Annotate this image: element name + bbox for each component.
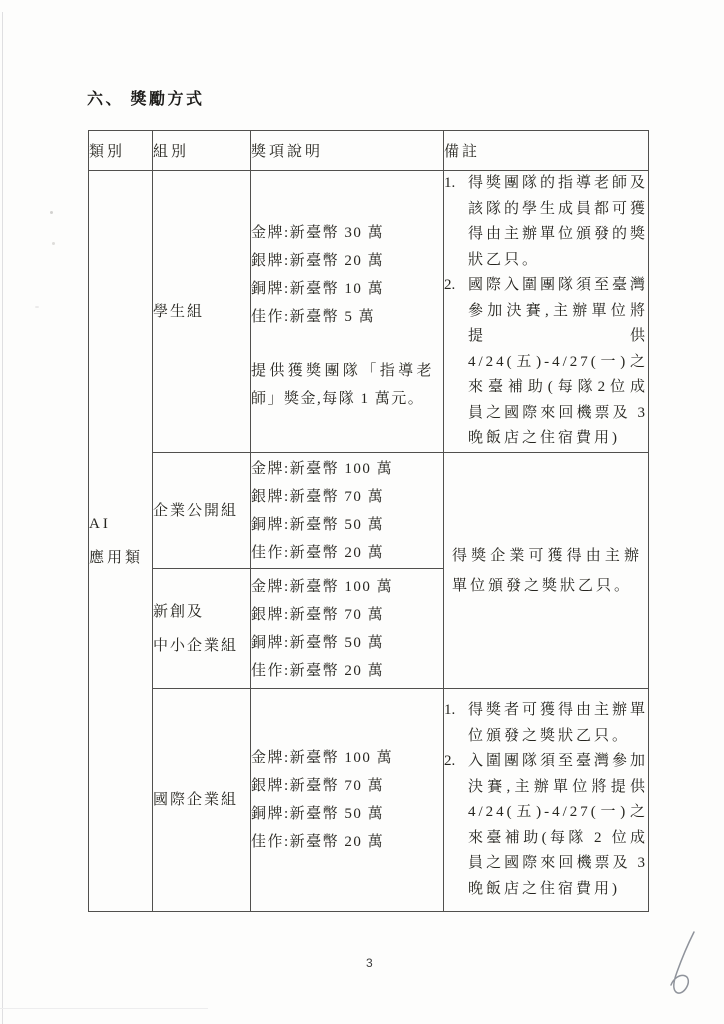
group-cell-student: 學生組 xyxy=(153,171,251,453)
table-header-row: 類別 組別 獎項說明 備註 xyxy=(89,131,649,171)
category-line2: 應用類 xyxy=(89,541,152,575)
remark-item: 2. 入圍團隊須至臺灣參加決賽,主辦單位將提供 4/24(五)-4/27(一)之… xyxy=(444,749,648,902)
remark-number: 2. xyxy=(444,749,468,775)
award-list-startup-sme: 金牌:新臺幣 100 萬 銀牌:新臺幣 70 萬 銅牌:新臺幣 50 萬 佳作:… xyxy=(251,573,443,685)
group-cell-startup-sme: 新創及 中小企業組 xyxy=(153,569,251,689)
scanned-document-page: 六、 獎勵方式 類別 組別 獎項說明 備註 AI 應用類 學生組 金 xyxy=(0,0,724,1024)
scan-edge-line xyxy=(2,12,3,1024)
page-number: 3 xyxy=(366,956,373,970)
award-cell-enterprise-open: 金牌:新臺幣 100 萬 銀牌:新臺幣 70 萬 銅牌:新臺幣 50 萬 佳作:… xyxy=(251,453,444,569)
award-cell-startup-sme: 金牌:新臺幣 100 萬 銀牌:新臺幣 70 萬 銅牌:新臺幣 50 萬 佳作:… xyxy=(251,569,444,689)
remark-text: 得獎企業可獲得由主辦單位頒發之獎狀乙只。 xyxy=(452,541,642,601)
header-award: 獎項說明 xyxy=(251,131,444,171)
award-cell-international: 金牌:新臺幣 100 萬 銀牌:新臺幣 70 萬 銅牌:新臺幣 50 萬 佳作:… xyxy=(251,689,444,912)
awards-table: 類別 組別 獎項說明 備註 AI 應用類 學生組 金牌:新臺幣 30 萬 銀牌:… xyxy=(88,130,649,912)
row-enterprise-open: 企業公開組 金牌:新臺幣 100 萬 銀牌:新臺幣 70 萬 銅牌:新臺幣 50… xyxy=(89,453,649,569)
row-student: AI 應用類 學生組 金牌:新臺幣 30 萬 銀牌:新臺幣 20 萬 銅牌:新臺… xyxy=(89,171,649,453)
header-remark: 備註 xyxy=(444,131,649,171)
remark-item: 1. 得獎者可獲得由主辦單位頒發之獎狀乙只。 xyxy=(444,698,648,749)
scan-bottom-artifact xyxy=(0,1008,208,1009)
group-cell-international: 國際企業組 xyxy=(153,689,251,912)
paper-speck xyxy=(35,306,39,308)
remark-number: 1. xyxy=(444,171,468,197)
remark-item: 1. 得獎團隊的指導老師及該隊的學生成員都可獲得由主辦單位頒發的獎狀乙只。 xyxy=(444,171,648,273)
remark-number: 2. xyxy=(444,273,468,299)
remark-cell-student: 1. 得獎團隊的指導老師及該隊的學生成員都可獲得由主辦單位頒發的獎狀乙只。 2.… xyxy=(444,171,649,453)
remark-number: 1. xyxy=(444,698,468,724)
remark-text: 得獎者可獲得由主辦單位頒發之獎狀乙只。 xyxy=(468,698,648,749)
header-group: 組別 xyxy=(153,131,251,171)
paper-speck xyxy=(50,211,53,214)
award-extra-student: 提供獲獎團隊「指導老師」獎金,每隊 1 萬元。 xyxy=(251,357,443,413)
remark-text: 得獎團隊的指導老師及該隊的學生成員都可獲得由主辦單位頒發的獎狀乙只。 xyxy=(468,171,648,273)
handwritten-mark xyxy=(658,928,704,1008)
award-cell-student: 金牌:新臺幣 30 萬 銀牌:新臺幣 20 萬 銅牌:新臺幣 10 萬 佳作:新… xyxy=(251,171,444,453)
category-cell: AI 應用類 xyxy=(89,171,153,912)
row-international: 國際企業組 金牌:新臺幣 100 萬 銀牌:新臺幣 70 萬 銅牌:新臺幣 50… xyxy=(89,689,649,912)
paper-speck xyxy=(52,242,55,245)
section-title: 六、 獎勵方式 xyxy=(87,86,205,109)
category-line1: AI xyxy=(89,507,152,541)
remark-text: 入圍團隊須至臺灣參加決賽,主辦單位將提供 4/24(五)-4/27(一)之來臺補… xyxy=(468,749,648,902)
award-list-student: 金牌:新臺幣 30 萬 銀牌:新臺幣 20 萬 銅牌:新臺幣 10 萬 佳作:新… xyxy=(251,219,443,331)
award-list-international: 金牌:新臺幣 100 萬 銀牌:新臺幣 70 萬 銅牌:新臺幣 50 萬 佳作:… xyxy=(251,744,443,856)
remark-cell-enterprise: 得獎企業可獲得由主辦單位頒發之獎狀乙只。 xyxy=(444,453,649,689)
group-cell-enterprise-open: 企業公開組 xyxy=(153,453,251,569)
remark-cell-international: 1. 得獎者可獲得由主辦單位頒發之獎狀乙只。 2. 入圍團隊須至臺灣參加決賽,主… xyxy=(444,689,649,912)
header-category: 類別 xyxy=(89,131,153,171)
remark-text: 國際入圍團隊須至臺灣參加決賽,主辦單位將提供 4/24(五)-4/27(一)之來… xyxy=(468,273,648,452)
remark-item: 2. 國際入圍團隊須至臺灣參加決賽,主辦單位將提供 4/24(五)-4/27(一… xyxy=(444,273,648,452)
award-list-enterprise-open: 金牌:新臺幣 100 萬 銀牌:新臺幣 70 萬 銅牌:新臺幣 50 萬 佳作:… xyxy=(251,455,443,567)
